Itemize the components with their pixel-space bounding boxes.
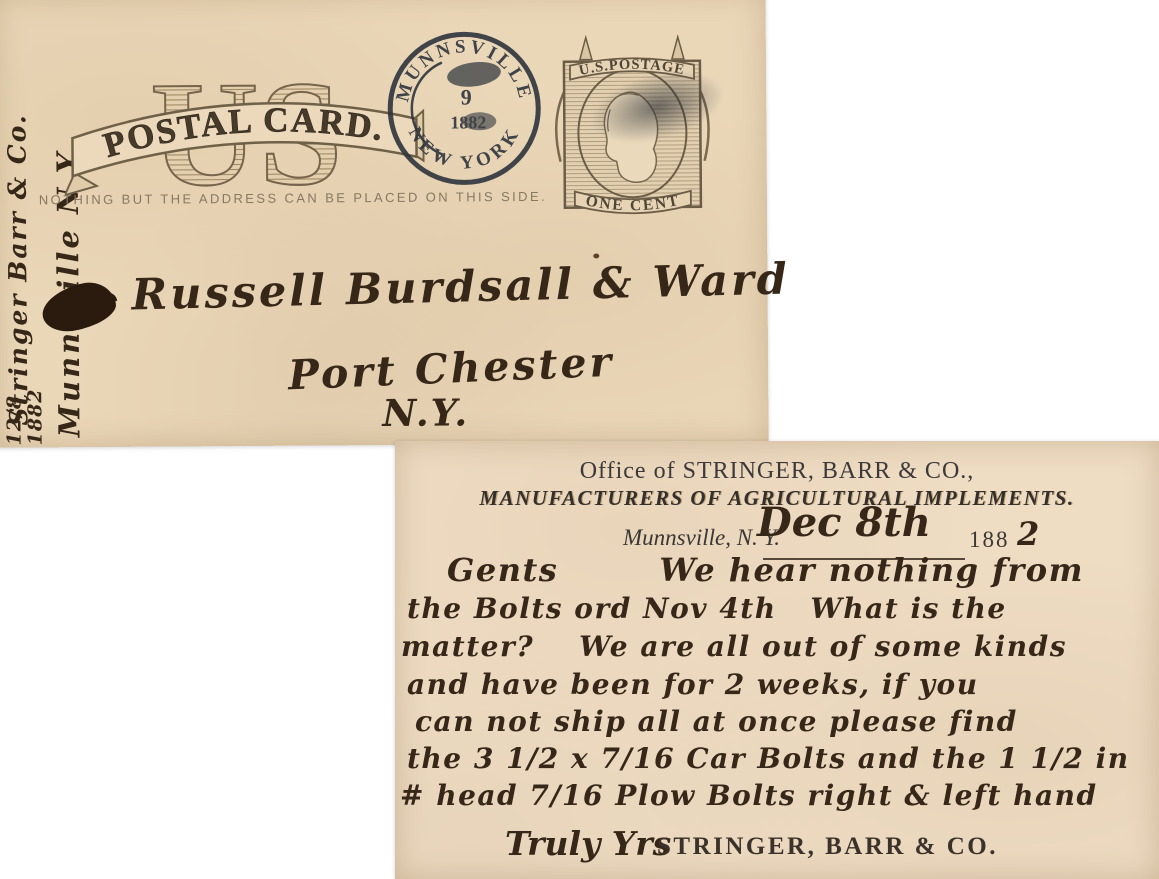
message-line: # head 7/16 Plow Bolts right & left hand [400, 779, 1098, 812]
scanned-postal-card: Stringer Barr & Co. Munnsville N.Y. 12/8… [0, 0, 1159, 879]
dateline-year-printed: 188 [969, 527, 1010, 553]
paper-speck [593, 253, 599, 258]
postmark-day: 9 [461, 84, 472, 109]
postmark: MUNNSVILLE NEW YORK 9 1882 [382, 22, 548, 193]
office-header: Office of STRINGER, BARR & CO., [395, 458, 1159, 485]
message-line: and have been for 2 weeks, if you [407, 668, 979, 701]
card-back: Office of STRINGER, BARR & CO., MANUFACT… [395, 441, 1159, 879]
dateline-year-digit: 2 [1017, 515, 1039, 553]
address-line-1: Russell Burdsall & Ward [131, 254, 790, 320]
company-signature: STRINGER, BARR & CO. [657, 833, 998, 861]
message-line: Gents We hear nothing from [447, 551, 1084, 589]
card-front: Stringer Barr & Co. Munnsville N.Y. 12/8… [0, 0, 769, 448]
stamp-left-finial [580, 38, 592, 60]
address-line-3: N.Y. [382, 390, 469, 435]
dateline-handwritten-date: Dec 8th [757, 499, 931, 546]
filing-date-note: 12/8 1882 [4, 388, 46, 445]
message-line: can not ship all at once please find [415, 705, 1018, 738]
message-line: matter? We are all out of some kinds [401, 630, 1067, 663]
margin-note-company: Stringer Barr & Co. [2, 113, 33, 425]
closing: Truly Yrs [505, 824, 671, 863]
stamp-right-finial [672, 37, 684, 59]
ink-blot [37, 277, 120, 338]
message-line: the Bolts ord Nov 4th What is the [407, 592, 1007, 625]
message-line: the 3 1/2 x 7/16 Car Bolts and the 1 1/2… [407, 742, 1130, 775]
